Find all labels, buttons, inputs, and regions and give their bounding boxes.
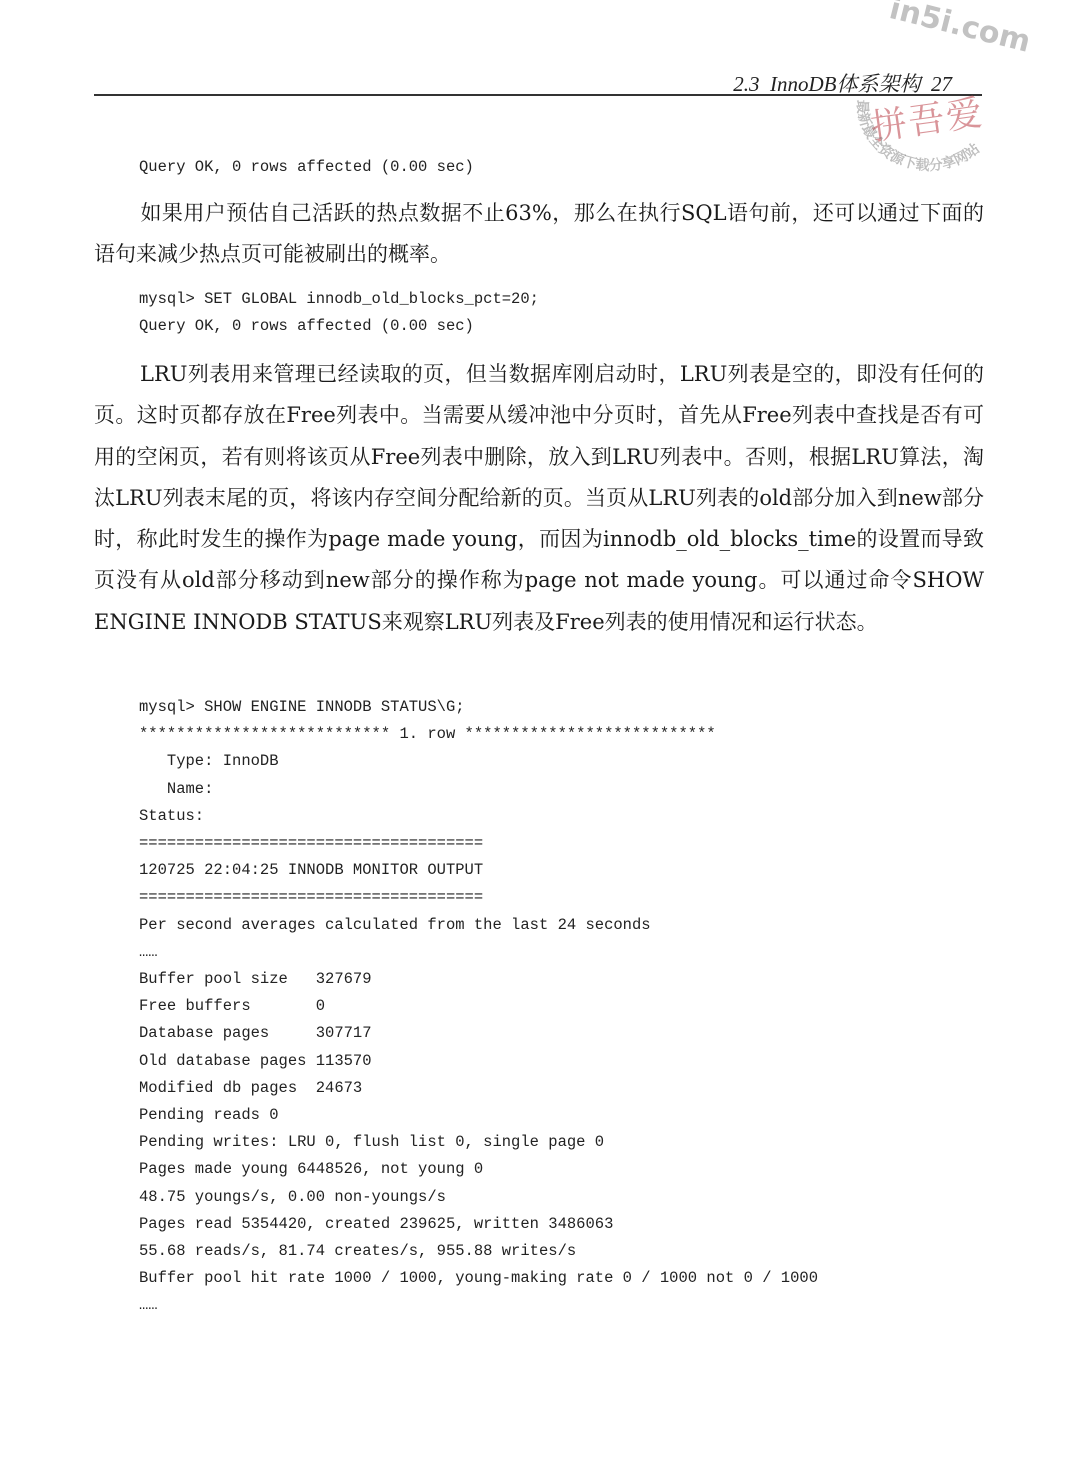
paragraph-text: LRU列表用来管理已经读取的页，但当数据库刚启动时，LRU列表是空的，即没有任何…	[94, 362, 984, 634]
code-line: Database pages 307717	[139, 1024, 372, 1042]
code-line: ……	[139, 943, 158, 961]
code-block-innodb-status: mysql> SHOW ENGINE INNODB STATUS\G; ****…	[139, 694, 818, 1320]
svg-text:最新最全资源下载分享网站: 最新最全资源下载分享网站	[854, 100, 983, 175]
code-line: Name:	[139, 780, 213, 798]
code-line: =====================================	[139, 888, 483, 906]
paragraph-text: 如果用户预估自己活跃的热点数据不止63%，那么在执行SQL语句前，还可以通过下面…	[94, 201, 984, 266]
code-line: Pages read 5354420, created 239625, writ…	[139, 1215, 613, 1233]
paragraph-hot-data: 如果用户预估自己活跃的热点数据不止63%，那么在执行SQL语句前，还可以通过下面…	[94, 193, 984, 276]
code-line: Per second averages calculated from the …	[139, 916, 651, 934]
code-line: 48.75 youngs/s, 0.00 non-youngs/s	[139, 1188, 446, 1206]
watermark-domain: in5i.com	[886, 0, 1034, 60]
code-line: Buffer pool hit rate 1000 / 1000, young-…	[139, 1269, 818, 1287]
page-header: 2.3 InnoDB体系架构 27	[94, 62, 982, 96]
code-line: Modified db pages 24673	[139, 1079, 362, 1097]
code-line: 120725 22:04:25 INNODB MONITOR OUTPUT	[139, 861, 483, 879]
code-line: Pages made young 6448526, not young 0	[139, 1160, 483, 1178]
code-line: ……	[139, 1296, 158, 1314]
code-line: 55.68 reads/s, 81.74 creates/s, 955.88 w…	[139, 1242, 576, 1260]
code-line: Pending writes: LRU 0, flush list 0, sin…	[139, 1133, 604, 1151]
code-line: Type: InnoDB	[139, 752, 279, 770]
code-block-set-global: mysql> SET GLOBAL innodb_old_blocks_pct=…	[139, 286, 539, 340]
watermark-ring-text: 最新最全资源下载分享网站	[854, 100, 983, 175]
header-rule	[94, 94, 982, 96]
paragraph-lru-free: LRU列表用来管理已经读取的页，但当数据库刚启动时，LRU列表是空的，即没有任何…	[94, 354, 984, 643]
code-line: *************************** 1. row *****…	[139, 725, 716, 743]
code-line: Free buffers 0	[139, 997, 325, 1015]
code-line: Pending reads 0	[139, 1106, 279, 1124]
code-line: Buffer pool size 327679	[139, 970, 372, 988]
code-line: Query OK, 0 rows affected (0.00 sec)	[139, 317, 474, 335]
code-line: mysql> SET GLOBAL innodb_old_blocks_pct=…	[139, 290, 539, 308]
code-line: Status:	[139, 807, 204, 825]
watermark-stamp: in5i.com 拼吾爱 最新最全资源下载分享网站	[840, 0, 1040, 200]
code-line: =====================================	[139, 834, 483, 852]
code-line: Old database pages 113570	[139, 1052, 372, 1070]
code-line: mysql> SHOW ENGINE INNODB STATUS\G;	[139, 698, 465, 716]
code-line: Query OK, 0 rows affected (0.00 sec)	[139, 158, 474, 176]
code-block-query-ok: Query OK, 0 rows affected (0.00 sec)	[139, 154, 474, 181]
